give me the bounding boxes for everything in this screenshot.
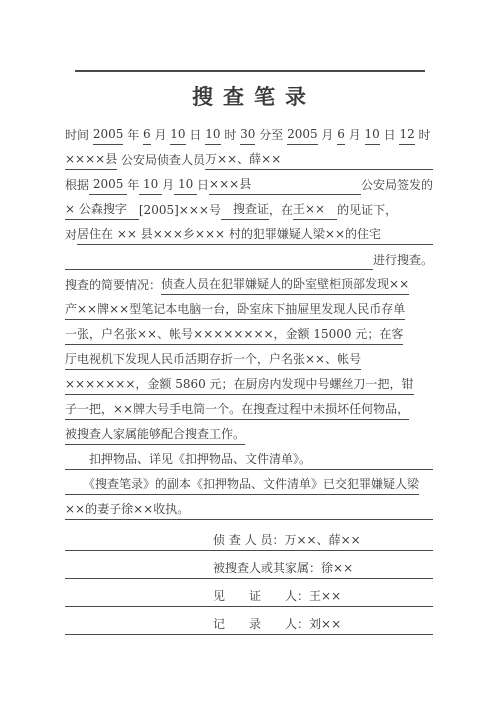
document-line: ×××××××，金额 5860 元；在厨房内发现中号螺丝刀一把，钳 — [65, 370, 433, 395]
document-line: 子一把，××牌大号手电筒一个。在搜查过程中未损坏任何物品， — [65, 395, 433, 420]
text-segment: 万××、薛×× — [205, 152, 281, 170]
document-line: 对居住在 ×× 县×××乡××× 村的犯罪嫌疑人梁××的住宅 — [65, 220, 433, 245]
text-segment: 年 — [123, 128, 143, 145]
text-segment: 侦查人员在犯罪嫌疑人的卧室壁柜顶部发现×× — [161, 277, 409, 295]
text-segment: 时 — [415, 128, 433, 145]
text-segment: 的见证下， — [337, 203, 397, 220]
blank-underline — [281, 167, 433, 170]
signature-label: 记 录 人： — [213, 617, 309, 634]
text-segment: 公安局签发的 — [361, 178, 433, 195]
text-segment: 居住在 ×× 县×××乡××× 村的犯罪嫌疑人梁××的住宅 — [77, 227, 381, 245]
text-segment: ×××××××，金额 5860 元；在厨房内发现中号螺丝刀一把，钳 — [65, 377, 414, 395]
text-segment: 12 — [399, 127, 414, 145]
document-line: 厅电视机下发现人民币活期存折一个，户名张××、帐号 — [65, 345, 433, 370]
document-line: 被搜查人家属能够配合搜查工作。 — [65, 420, 433, 445]
blank-underline — [251, 192, 361, 195]
text-segment: 扣押物品、详见《扣押物品、文件清单》。 — [65, 452, 311, 470]
signature-block: 侦 查 人 员：万××、薛××被搜查人或其家属：徐××见 证 人：王××记 录 … — [65, 523, 433, 635]
text-segment: 日 — [380, 128, 400, 145]
blank-underline — [381, 242, 433, 245]
text-segment: 30 — [240, 127, 255, 145]
document-line: 时间 2005 年 6 月 10 日 10 时 30 分至 2005 月 6 月… — [65, 120, 433, 145]
signature-value: 徐×× — [321, 561, 353, 578]
document-line: 扣押物品、详见《扣押物品、文件清单》。 — [65, 445, 433, 470]
text-segment: 分至 — [255, 128, 287, 145]
document-page: 搜查笔录 时间 2005 年 6 月 10 日 10 时 30 分至 2005 … — [0, 0, 500, 708]
signature-value: 万××、薛×× — [284, 533, 360, 550]
text-segment: 年 — [127, 178, 139, 195]
text-segment: 2005 — [89, 177, 127, 195]
signature-row: 记 录 人：刘×× — [65, 607, 433, 635]
text-segment: 2005 — [93, 127, 124, 145]
document-body: 时间 2005 年 6 月 10 日 10 时 30 分至 2005 月 6 月… — [65, 120, 433, 520]
text-segment: 时间 — [65, 128, 93, 145]
text-segment: 王×× — [293, 202, 337, 220]
text-segment: × 公森搜字 — [65, 202, 139, 220]
text-segment: 对 — [65, 228, 77, 245]
text-segment: 10 — [170, 127, 185, 145]
document-title: 搜查笔录 — [65, 84, 433, 110]
text-segment: 月 — [151, 128, 171, 145]
signature-row: 见 证 人：王×× — [65, 579, 433, 607]
document-line: 产××牌××型笔记本电脑一台，卧室床下抽屉里发现人民币存单 — [65, 295, 433, 320]
text-segment: 子一把，××牌大号手电筒一个。在搜查过程中未损坏任何物品， — [65, 402, 409, 420]
signature-row: 侦 查 人 员：万××、薛×× — [65, 523, 433, 551]
text-segment: ××的妻子徐××收执。 — [65, 502, 189, 520]
text-segment: 被搜查人家属能够配合搜查工作。 — [65, 427, 245, 445]
text-segment: 搜查证 — [221, 202, 269, 220]
text-segment: 时 — [221, 128, 241, 145]
document-line: ××××县 公安局侦查人员万××、薛×× — [65, 145, 433, 170]
text-segment: 日 — [186, 128, 206, 145]
blank-underline — [189, 517, 433, 520]
text-segment: 月 — [345, 128, 365, 145]
signature-value: 王×× — [309, 589, 341, 606]
text-segment: 月 — [162, 178, 174, 195]
text-segment: 《搜查笔录》的副本《扣押物品、文件清单》已交犯罪嫌疑人梁 — [65, 477, 419, 495]
text-segment: 进行搜查。 — [373, 253, 433, 270]
text-segment: 厅电视机下发现人民币活期存折一个，户名张××、帐号 — [65, 352, 361, 370]
signature-row: 被搜查人或其家属：徐×× — [65, 551, 433, 579]
text-segment: 10 — [205, 127, 220, 145]
text-segment: 2005 — [287, 127, 318, 145]
text-segment: 公安局侦查人员 — [117, 153, 205, 170]
blank-underline — [65, 267, 373, 270]
text-segment: 6 — [337, 127, 345, 145]
text-segment: 搜查的简要情况： — [65, 278, 161, 295]
text-segment: 月 — [318, 128, 338, 145]
signature-label: 被搜查人或其家属： — [213, 561, 321, 578]
text-segment: 10 — [139, 177, 162, 195]
text-segment: 产××牌××型笔记本电脑一台，卧室床下抽屉里发现人民币存单 — [65, 302, 405, 320]
blank-underline — [311, 467, 433, 470]
document-line: × 公森搜字 [2005]×××号 搜查证，在王×× 的见证下， — [65, 195, 433, 220]
text-segment: ×××县 — [209, 177, 251, 195]
document-line: 《搜查笔录》的副本《扣押物品、文件清单》已交犯罪嫌疑人梁 — [65, 470, 433, 495]
document-line: 搜查的简要情况：侦查人员在犯罪嫌疑人的卧室壁柜顶部发现×× — [65, 270, 433, 295]
signature-value: 刘×× — [309, 617, 341, 634]
text-segment: 根据 — [65, 178, 89, 195]
text-segment: 6 — [143, 127, 151, 145]
document-line: 根据 2005 年 10 月 10 日×××县公安局签发的 — [65, 170, 433, 195]
document-line: ××的妻子徐××收执。 — [65, 495, 433, 520]
text-segment: 10 — [365, 127, 380, 145]
text-segment: ××××县 — [65, 152, 117, 170]
document-line: 进行搜查。 — [65, 245, 433, 270]
document-line: 一张，户名张××、帐号××××××××，金额 15000 元；在客 — [65, 320, 433, 345]
text-segment: [2005]×××号 — [139, 203, 221, 220]
text-segment: 10 — [174, 177, 197, 195]
signature-label: 侦 查 人 员： — [213, 533, 284, 550]
header-rule — [75, 70, 425, 72]
text-segment: 日 — [197, 178, 209, 195]
signature-label: 见 证 人： — [213, 589, 309, 606]
text-segment: 一张，户名张××、帐号××××××××，金额 15000 元；在客 — [65, 327, 403, 345]
text-segment: ，在 — [269, 203, 293, 220]
